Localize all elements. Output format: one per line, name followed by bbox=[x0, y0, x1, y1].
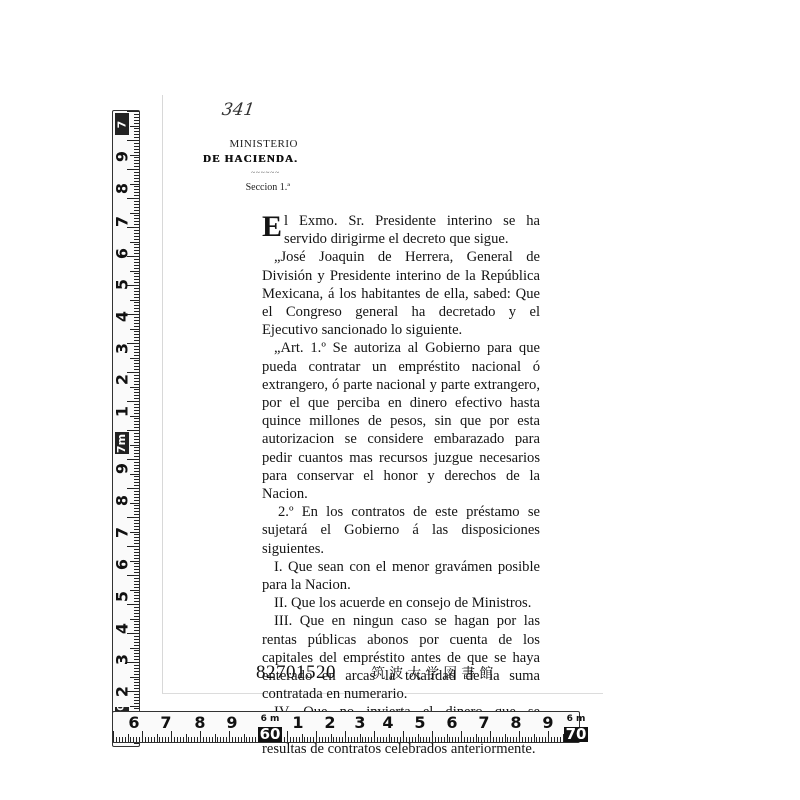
ruler-tick bbox=[130, 737, 131, 742]
ruler-tick bbox=[180, 737, 181, 742]
accession-number: 82701520 bbox=[256, 662, 336, 683]
ruler-label: 5 bbox=[113, 589, 132, 605]
ruler-tick bbox=[186, 734, 187, 742]
ruler-tick bbox=[157, 734, 158, 742]
ruler-tick bbox=[380, 737, 381, 742]
ruler-tick bbox=[212, 737, 213, 742]
ministry-header: MINISTERIO DE HACIENDA. ~~~~~~ Seccion 1… bbox=[186, 138, 298, 193]
ruler-tick bbox=[134, 442, 139, 443]
ruler-label: 9 bbox=[113, 461, 132, 477]
ruler-tick bbox=[177, 737, 178, 742]
ruler-tick bbox=[365, 737, 366, 742]
ruler-tick bbox=[134, 404, 139, 405]
ruler-tick bbox=[134, 326, 139, 327]
ruler-tick bbox=[310, 737, 311, 742]
ruler-tick bbox=[134, 668, 139, 669]
ruler-tick bbox=[249, 737, 250, 742]
ruler-meter-badge: 7m bbox=[115, 432, 129, 454]
ruler-label: 3 bbox=[113, 341, 132, 357]
ruler-tick bbox=[505, 734, 506, 742]
ruler-tick bbox=[493, 737, 494, 742]
ruler-tick bbox=[134, 166, 139, 167]
paragraph-intro: El Exmo. Sr. Presidente interino se ha s… bbox=[262, 212, 540, 248]
ruler-tick bbox=[134, 189, 139, 190]
ruler-tick bbox=[130, 358, 139, 359]
ruler-tick bbox=[134, 308, 139, 309]
ruler-tick bbox=[412, 737, 413, 742]
ruler-tick bbox=[134, 282, 139, 283]
ruler-tick bbox=[134, 650, 139, 651]
ruler-tick bbox=[534, 734, 535, 742]
ruler-tick bbox=[134, 471, 139, 472]
ruler-label: 7 bbox=[113, 214, 132, 230]
ruler-tick bbox=[391, 737, 392, 742]
ruler-tick bbox=[220, 737, 221, 742]
ruler-tick bbox=[134, 230, 139, 231]
ministry-subtitle: DE HACIENDA. bbox=[186, 153, 298, 165]
ruler-tick bbox=[134, 398, 139, 399]
ruler-label: 8 bbox=[113, 181, 132, 197]
ruler-tick bbox=[134, 645, 139, 646]
ruler-tick bbox=[322, 737, 323, 742]
ruler-tick bbox=[127, 488, 139, 489]
ruler-tick bbox=[339, 737, 340, 742]
ruler-tick bbox=[134, 697, 139, 698]
library-name: 筑波大学図書館 bbox=[371, 666, 497, 682]
ruler-tick bbox=[383, 737, 384, 742]
ruler-tick bbox=[215, 734, 216, 742]
ruler-label: 8 bbox=[113, 493, 132, 509]
ruler-tick bbox=[113, 731, 114, 742]
ruler-label: 7 bbox=[477, 713, 491, 732]
ruler-label: 3 bbox=[353, 713, 367, 732]
ruler-tick bbox=[174, 737, 175, 742]
ruler-tick bbox=[134, 239, 139, 240]
ruler-tick bbox=[307, 737, 308, 742]
ruler-tick bbox=[519, 731, 520, 742]
ruler-label: 4 bbox=[381, 713, 395, 732]
ruler-tick bbox=[134, 323, 139, 324]
ruler-tick bbox=[134, 204, 139, 205]
ruler-tick bbox=[134, 192, 139, 193]
ruler-tick bbox=[246, 737, 247, 742]
ruler-tick bbox=[134, 297, 139, 298]
ruler-tick bbox=[183, 737, 184, 742]
ruler-tick bbox=[134, 375, 139, 376]
ruler-tick bbox=[130, 619, 139, 620]
ruler-tick bbox=[134, 259, 139, 260]
ruler-tick bbox=[134, 160, 139, 161]
ruler-tick bbox=[130, 445, 139, 446]
ruler-tick bbox=[134, 508, 139, 509]
ruler-tick bbox=[362, 737, 363, 742]
ruler-tick bbox=[134, 520, 139, 521]
ruler-tick bbox=[130, 126, 139, 127]
ruler-tick bbox=[134, 639, 139, 640]
ruler-tick bbox=[128, 734, 129, 742]
ruler-tick bbox=[134, 453, 139, 454]
ruler-tick bbox=[357, 737, 358, 742]
ruler-tick bbox=[499, 737, 500, 742]
ruler-tick bbox=[171, 731, 172, 742]
ruler-tick bbox=[458, 737, 459, 742]
ruler-tick bbox=[287, 731, 288, 742]
ruler-tick bbox=[130, 242, 139, 243]
ruler-tick bbox=[557, 737, 558, 742]
ruler-tick bbox=[134, 688, 139, 689]
ruler-tick bbox=[134, 450, 139, 451]
ruler-tick bbox=[139, 737, 140, 742]
ruler-tick bbox=[134, 265, 139, 266]
ruler-tick bbox=[134, 703, 139, 704]
ruler-tick bbox=[151, 737, 152, 742]
ruler-meter-badge: 6 m60 bbox=[253, 714, 287, 740]
ruler-tick bbox=[134, 178, 139, 179]
ruler-tick bbox=[487, 737, 488, 742]
ruler-tick bbox=[360, 734, 361, 742]
ruler-tick bbox=[127, 169, 139, 170]
ruler-tick bbox=[130, 329, 139, 330]
ruler-tick bbox=[441, 737, 442, 742]
ruler-tick bbox=[134, 195, 139, 196]
ruler-tick bbox=[217, 737, 218, 742]
ruler-tick bbox=[134, 215, 139, 216]
vertical-measuring-ruler: 79876543217m9876543216m 90 bbox=[112, 110, 140, 747]
ruler-tick bbox=[134, 624, 139, 625]
ruler-tick bbox=[415, 737, 416, 742]
ruler-tick bbox=[313, 737, 314, 742]
ruler-tick bbox=[510, 737, 511, 742]
ruler-tick bbox=[162, 737, 163, 742]
ruler-tick bbox=[134, 465, 139, 466]
ruler-tick bbox=[134, 128, 139, 129]
ruler-tick bbox=[206, 737, 207, 742]
ruler-tick bbox=[134, 595, 139, 596]
ruler-tick bbox=[134, 120, 139, 121]
ruler-tick bbox=[134, 334, 139, 335]
ruler-tick bbox=[127, 517, 139, 518]
drop-cap: E bbox=[262, 214, 282, 240]
ruler-tick bbox=[197, 737, 198, 742]
ruler-tick bbox=[154, 737, 155, 742]
ruler-tick bbox=[319, 737, 320, 742]
ruler-tick bbox=[134, 131, 139, 132]
ruler-tick bbox=[130, 677, 139, 678]
ruler-tick bbox=[134, 366, 139, 367]
ruler-tick bbox=[496, 737, 497, 742]
ruler-tick bbox=[229, 731, 230, 742]
ruler-tick bbox=[134, 210, 139, 211]
ruler-tick bbox=[134, 384, 139, 385]
ruler-tick bbox=[490, 731, 491, 742]
ruler-tick bbox=[336, 737, 337, 742]
ruler-tick bbox=[127, 430, 139, 431]
ornament-rule: ~~~~~~ bbox=[186, 169, 298, 177]
ruler-tick bbox=[134, 305, 139, 306]
ruler-tick bbox=[134, 294, 139, 295]
ruler-tick bbox=[134, 152, 139, 153]
ruler-tick bbox=[130, 271, 139, 272]
ruler-label: 7 bbox=[113, 525, 132, 541]
ruler-tick bbox=[134, 134, 139, 135]
ruler-tick bbox=[134, 598, 139, 599]
ruler-tick bbox=[400, 737, 401, 742]
ruler-tick bbox=[134, 418, 139, 419]
ruler-tick bbox=[134, 674, 139, 675]
ruler-label: 6 bbox=[127, 713, 141, 732]
library-stamp: 82701520 筑波大学図書館 bbox=[256, 662, 497, 684]
ruler-tick bbox=[134, 143, 139, 144]
ruler-tick bbox=[134, 537, 139, 538]
ruler-tick bbox=[134, 679, 139, 680]
paragraph-clause-ii: II. Que los acuerde en consejo de Minist… bbox=[262, 594, 540, 612]
ruler-tick bbox=[452, 737, 453, 742]
ruler-tick bbox=[371, 737, 372, 742]
ruler-tick bbox=[351, 737, 352, 742]
ruler-tick bbox=[134, 601, 139, 602]
ruler-tick bbox=[484, 737, 485, 742]
ruler-label: 8 bbox=[193, 713, 207, 732]
ruler-tick bbox=[223, 737, 224, 742]
ruler-tick bbox=[134, 549, 139, 550]
ruler-tick bbox=[528, 737, 529, 742]
ruler-tick bbox=[134, 627, 139, 628]
ruler-label: 4 bbox=[113, 621, 132, 637]
ruler-tick bbox=[134, 555, 139, 556]
ruler-tick bbox=[241, 737, 242, 742]
ruler-tick bbox=[134, 566, 139, 567]
ruler-tick bbox=[209, 737, 210, 742]
ruler-tick bbox=[238, 737, 239, 742]
ministry-title: MINISTERIO bbox=[186, 138, 298, 150]
ruler-tick bbox=[394, 737, 395, 742]
ruler-tick bbox=[134, 665, 139, 666]
ruler-tick bbox=[134, 543, 139, 544]
ruler-tick bbox=[134, 682, 139, 683]
ruler-tick bbox=[134, 114, 139, 115]
ruler-tick bbox=[507, 737, 508, 742]
ruler-tick bbox=[134, 497, 139, 498]
ruler-tick bbox=[134, 273, 139, 274]
ruler-tick bbox=[203, 737, 204, 742]
ruler-tick bbox=[188, 737, 189, 742]
ruler-tick bbox=[134, 317, 139, 318]
ruler-tick bbox=[226, 737, 227, 742]
ruler-label: 5 bbox=[113, 277, 132, 293]
ruler-tick bbox=[134, 221, 139, 222]
ruler-label: 9 bbox=[225, 713, 239, 732]
ruler-tick bbox=[159, 737, 160, 742]
ruler-tick bbox=[134, 302, 139, 303]
ruler-tick bbox=[134, 526, 139, 527]
ruler-tick bbox=[134, 540, 139, 541]
ruler-tick bbox=[133, 737, 134, 742]
ruler-tick bbox=[554, 737, 555, 742]
ruler-tick bbox=[134, 584, 139, 585]
ruler-tick bbox=[406, 737, 407, 742]
ruler-tick bbox=[134, 355, 139, 356]
ruler-tick bbox=[464, 737, 465, 742]
ruler-tick bbox=[513, 737, 514, 742]
ruler-tick bbox=[444, 737, 445, 742]
ruler-tick bbox=[134, 578, 139, 579]
ruler-tick bbox=[134, 224, 139, 225]
ruler-tick bbox=[333, 737, 334, 742]
ruler-tick bbox=[522, 737, 523, 742]
ruler-tick bbox=[127, 575, 139, 576]
ruler-tick bbox=[432, 731, 433, 742]
ruler-tick bbox=[516, 737, 517, 742]
ruler-tick bbox=[134, 572, 139, 573]
ruler-tick bbox=[438, 737, 439, 742]
ruler-tick bbox=[136, 737, 137, 742]
ruler-label: 1 bbox=[113, 404, 132, 420]
ruler-tick bbox=[548, 731, 549, 742]
ruler-tick bbox=[134, 262, 139, 263]
ruler-tick bbox=[194, 737, 195, 742]
ruler-tick bbox=[449, 737, 450, 742]
ruler-tick bbox=[435, 737, 436, 742]
ruler-tick bbox=[134, 181, 139, 182]
ruler-tick bbox=[134, 337, 139, 338]
ruler-tick bbox=[478, 737, 479, 742]
ruler-tick bbox=[134, 456, 139, 457]
ruler-tick bbox=[325, 737, 326, 742]
ruler-tick bbox=[447, 734, 448, 742]
ruler-tick bbox=[542, 737, 543, 742]
ruler-tick bbox=[389, 734, 390, 742]
ruler-tick bbox=[377, 737, 378, 742]
ruler-tick bbox=[134, 346, 139, 347]
ruler-tick bbox=[134, 671, 139, 672]
ruler-tick bbox=[134, 694, 139, 695]
ruler-label: 1 bbox=[291, 713, 305, 732]
ruler-tick bbox=[134, 207, 139, 208]
ruler-tick bbox=[467, 737, 468, 742]
ruler-tick bbox=[368, 737, 369, 742]
ruler-tick bbox=[134, 146, 139, 147]
ruler-tick bbox=[244, 734, 245, 742]
ruler-tick bbox=[134, 607, 139, 608]
ruler-tick bbox=[374, 731, 375, 742]
ruler-tick bbox=[134, 421, 139, 422]
ruler-tick bbox=[551, 737, 552, 742]
ruler-tick bbox=[148, 737, 149, 742]
ruler-tick bbox=[134, 558, 139, 559]
ruler-tick bbox=[127, 111, 139, 112]
ruler-tick bbox=[134, 247, 139, 248]
ruler-tick bbox=[134, 653, 139, 654]
ruler-tick bbox=[134, 569, 139, 570]
ruler-tick bbox=[134, 253, 139, 254]
ruler-tick bbox=[130, 706, 139, 707]
ruler-tick bbox=[134, 468, 139, 469]
ruler-tick bbox=[134, 381, 139, 382]
ruler-tick bbox=[545, 737, 546, 742]
ruler-tick bbox=[125, 737, 126, 742]
ruler-tick bbox=[165, 737, 166, 742]
ruler-tick bbox=[481, 737, 482, 742]
ruler-tick bbox=[134, 363, 139, 364]
ruler-tick bbox=[134, 186, 139, 187]
ruler-tick bbox=[235, 737, 236, 742]
ruler-tick bbox=[473, 737, 474, 742]
ruler-tick bbox=[342, 737, 343, 742]
ruler-label: 2 bbox=[113, 684, 132, 700]
ruler-tick bbox=[134, 244, 139, 245]
ruler-tick bbox=[134, 491, 139, 492]
section-label: Seccion 1.ª bbox=[186, 182, 298, 193]
ruler-tick bbox=[134, 407, 139, 408]
ruler-tick bbox=[116, 737, 117, 742]
ruler-tick bbox=[134, 581, 139, 582]
ruler-tick bbox=[426, 737, 427, 742]
ruler-tick bbox=[134, 427, 139, 428]
ruler-tick bbox=[429, 737, 430, 742]
ruler-tick bbox=[470, 737, 471, 742]
ruler-tick bbox=[134, 476, 139, 477]
ruler-tick bbox=[134, 621, 139, 622]
ruler-tick bbox=[134, 656, 139, 657]
ruler-tick bbox=[134, 233, 139, 234]
ruler-label: 9 bbox=[113, 149, 132, 165]
ruler-tick bbox=[134, 592, 139, 593]
ruler-tick bbox=[397, 737, 398, 742]
ruler-tick bbox=[134, 349, 139, 350]
ruler-tick bbox=[134, 378, 139, 379]
ruler-tick bbox=[134, 482, 139, 483]
ruler-tick bbox=[455, 737, 456, 742]
ruler-tick bbox=[134, 276, 139, 277]
ruler-tick bbox=[134, 616, 139, 617]
ruler-tick bbox=[134, 505, 139, 506]
paragraph-preamble: „José Joaquin de Herrera, General de Div… bbox=[262, 248, 540, 339]
ruler-tick bbox=[134, 291, 139, 292]
ruler-tick bbox=[134, 523, 139, 524]
ruler-tick bbox=[316, 731, 317, 742]
ruler-tick bbox=[134, 236, 139, 237]
ruler-tick bbox=[134, 433, 139, 434]
ruler-tick bbox=[134, 331, 139, 332]
ruler-tick bbox=[348, 737, 349, 742]
ruler-tick bbox=[134, 360, 139, 361]
ruler-tick bbox=[296, 737, 297, 742]
ruler-tick bbox=[409, 737, 410, 742]
ruler-tick bbox=[130, 648, 139, 649]
ruler-tick bbox=[354, 737, 355, 742]
ruler-tick bbox=[293, 737, 294, 742]
ruler-tick bbox=[134, 494, 139, 495]
ruler-label: 8 bbox=[509, 713, 523, 732]
ruler-tick bbox=[145, 737, 146, 742]
ruler-tick bbox=[134, 123, 139, 124]
ruler-tick bbox=[134, 447, 139, 448]
ruler-tick bbox=[531, 737, 532, 742]
ruler-label: 2 bbox=[323, 713, 337, 732]
ruler-label: 2 bbox=[113, 372, 132, 388]
ruler-tick bbox=[134, 311, 139, 312]
ruler-tick bbox=[134, 613, 139, 614]
ruler-tick bbox=[122, 737, 123, 742]
ruler-label: 5 bbox=[413, 713, 427, 732]
horizontal-measuring-ruler: 67896 m601234567896 m70 bbox=[112, 711, 580, 743]
ruler-tick bbox=[142, 731, 143, 742]
ruler-tick bbox=[134, 175, 139, 176]
ruler-label: 7 bbox=[159, 713, 173, 732]
ruler-tick bbox=[345, 731, 346, 742]
ruler-tick bbox=[134, 630, 139, 631]
ruler-tick bbox=[386, 737, 387, 742]
